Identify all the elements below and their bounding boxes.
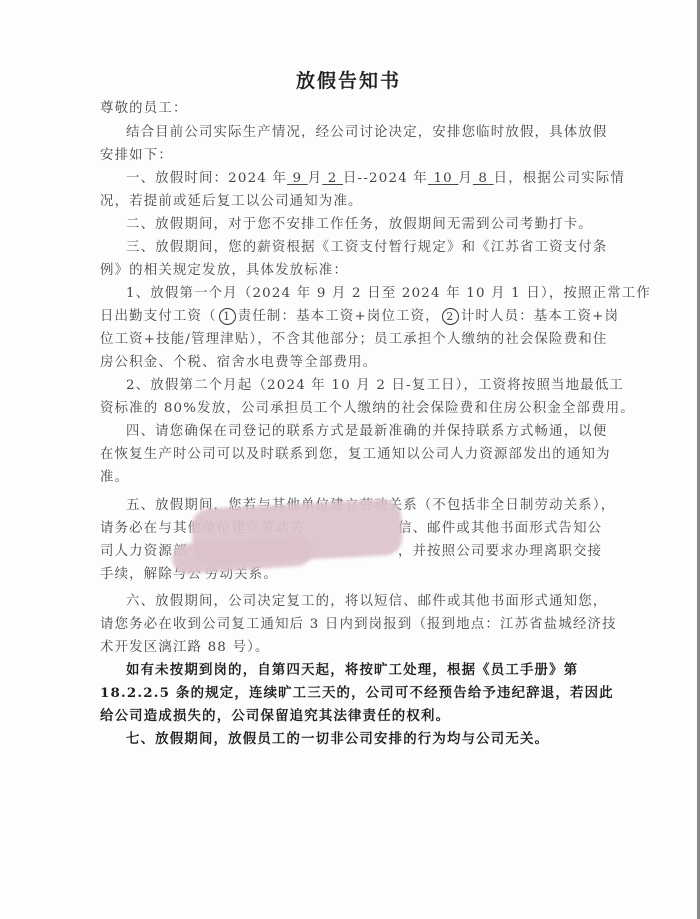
warning-line-1: 如有未按期到岗的，自第四天起，将按旷工处理，根据《员工手册》第 xyxy=(126,659,578,678)
item3-1-line-4: 房公积金、个税、宿舍水电费等全部费用。 xyxy=(100,351,377,370)
item6-line-1: 六、放假期间，公司决定复工的，将以短信、邮件或其他书面形式通知您， xyxy=(126,590,608,609)
item1-line-1: 一、放假时间：2024 年 9 月 2 日--2024 年 10 月 8 日，根… xyxy=(126,167,625,186)
item3-1-line-2: 日出勤支付工资（1责任制：基本工资+岗位工资，2计时人员：基本工资+岗 xyxy=(100,305,619,325)
document-title: 放假告知书 xyxy=(0,66,697,93)
item3-1-line-3: 位工资+技能/管理津贴），不含其他部分；员工承担个人缴纳的社会保险费和住 xyxy=(100,328,608,347)
item3-line-2: 例》的相关规定发放，具体发放标准： xyxy=(100,259,348,278)
item5-line-2b: 信、邮件或其他书面形式告知公 xyxy=(398,517,602,536)
document-page: 放假告知书 尊敬的员工： 结合目前公司实际生产情况，经公司讨论决定，安排您临时放… xyxy=(0,0,697,919)
item1-prefix: 一、放假时间：2024 年 xyxy=(126,171,287,186)
item3-1-line-1: 1、放假第一个月（2024 年 9 月 2 日至 2024 年 10 月 1 日… xyxy=(126,282,651,301)
warning-line-2: 18.2.2.5 条的规定，连续旷工三天的，公司可不经预告给予违纪辞退，若因此 xyxy=(100,682,614,701)
item4-line-2: 在恢复生产时公司可以及时联系到您，复工通知以公司人力资源部发出的通知为 xyxy=(100,443,611,462)
item2: 二、放假期间，对于您不安排工作任务，放假期间无需到公司考勤打卡。 xyxy=(126,213,593,232)
item1-line-2: 况，若提前或延后复工以公司通知为准。 xyxy=(100,190,363,209)
warning-line-3: 给公司造成损失的，公司保留追究其法律责任的权利。 xyxy=(100,705,450,724)
item4-line-3: 准。 xyxy=(100,466,129,485)
salutation: 尊敬的员工： xyxy=(100,97,188,116)
circled-number-1: 1 xyxy=(219,308,236,325)
item5-line-3b: ，并按照公司要求办理离职交接 xyxy=(398,540,602,559)
item3-line-1: 三、放假期间，您的薪资根据《工资支付暂行规定》和《江苏省工资支付条 xyxy=(126,236,608,255)
item3-2-line-2: 资标准的 80%发放，公司承担员工个人缴纳的社会保险费和住房公积金全部费用。 xyxy=(100,397,635,416)
item7: 七、放假期间，放假员工的一切非公司安排的行为均与公司无关。 xyxy=(126,728,549,747)
end-month: 10 xyxy=(428,171,458,186)
intro-line-2: 安排如下： xyxy=(100,144,173,163)
end-day: 8 xyxy=(473,171,494,186)
item6-line-3: 术开发区漓江路 88 号）。 xyxy=(100,636,270,655)
start-month: 9 xyxy=(287,171,308,186)
item4-line-1: 四、请您确保在司登记的联系方式是最新准确的并保持联系方式畅通，以便 xyxy=(126,420,608,439)
intro-line-1: 结合目前公司实际生产情况，经公司讨论决定，安排您临时放假，具体放假 xyxy=(126,121,608,140)
item6-line-2: 请您务必在收到公司复工通知后 3 日内到岗报到（报到地点：江苏省盐城经济技 xyxy=(100,613,617,632)
circled-number-2: 2 xyxy=(442,308,459,325)
start-day: 2 xyxy=(322,171,343,186)
item3-2-line-1: 2、放假第二个月起（2024 年 10 月 2 日-复工日），工资将按照当地最低… xyxy=(126,374,624,393)
